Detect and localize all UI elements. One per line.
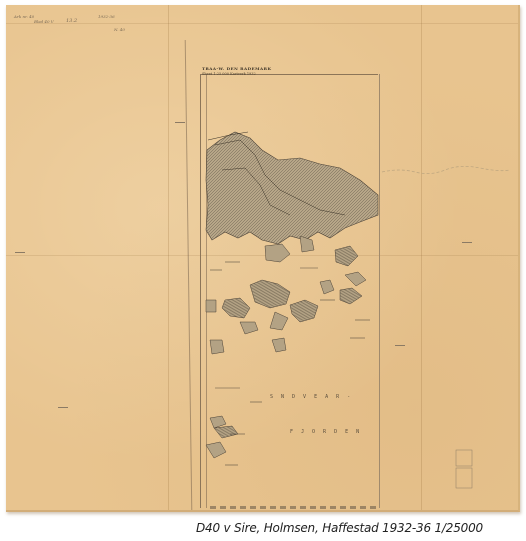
sea-label: S N D V E A R - [270,394,353,400]
sea-label: F J O R D E N [290,429,362,435]
scale-bar [210,506,380,509]
coastline-drawing [0,0,526,541]
map-caption: D40 v Sire, Holmsen, Haffestad 1932-36 1… [196,521,483,535]
